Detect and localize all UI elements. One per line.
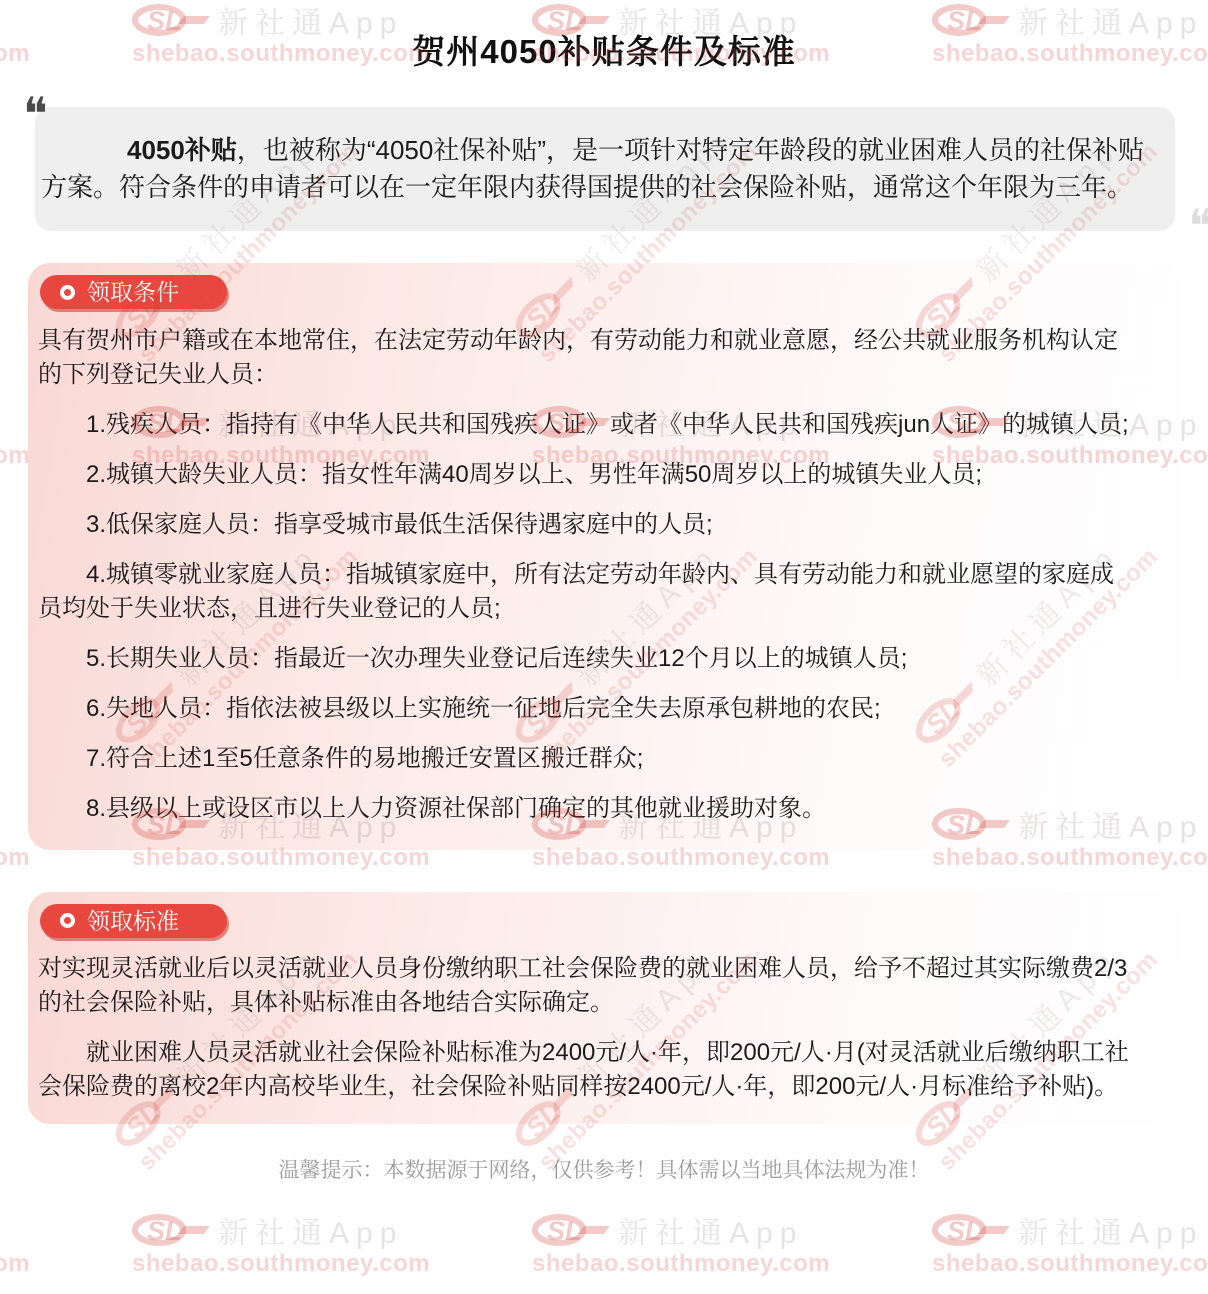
watermark-name: 新社通App <box>218 1208 403 1252</box>
condition-item: 8.县级以上或设区市以上人力资源社保部门确定的其他就业援助对象。 <box>38 792 1130 826</box>
quote-close-icon: ❝ <box>1188 203 1208 249</box>
conditions-badge-label: 领取条件 <box>87 275 179 309</box>
condition-item: 2.城镇大龄失业人员：指女性年满40周岁以上、男性年满50周岁以上的城镇失业人员… <box>38 458 1130 492</box>
standards-paragraph: 对实现灵活就业后以灵活就业人员身份缴纳职工社会保险费的就业困难人员，给予不超过其… <box>38 952 1130 1020</box>
intro-quote-lead: 4050补贴 <box>127 135 237 165</box>
quote-open-icon: ❝ <box>23 91 48 137</box>
shebao-logo-icon: SL <box>132 1213 210 1247</box>
article-page: 贺州4050补贴条件及标准 ❝ 4050补贴，也被称为“4050社保补贴”，是一… <box>0 26 1208 1184</box>
watermark-logo-text: SL <box>547 1216 582 1246</box>
condition-item: 6.失地人员：指依法被县级以上实施统一征地后完全失去原承包耕地的农民; <box>38 692 1130 726</box>
watermark: SL 新社通App shebao.southmoney.com <box>0 1212 24 1278</box>
shebao-logo-icon: SL <box>932 1213 1010 1247</box>
conditions-intro: 具有贺州市户籍或在本地常住，在法定劳动年龄内，有劳动能力和就业意愿，经公共就业服… <box>38 324 1130 392</box>
condition-item: 1.残疾人员：指持有《中华人民共和国残疾人证》或者《中华人民共和国残疾jun人证… <box>38 408 1130 442</box>
watermark: SL 新社通App shebao.southmoney.com <box>132 1212 424 1278</box>
section-standards: 领取标准 对实现灵活就业后以灵活就业人员身份缴纳职工社会保险费的就业困难人员，给… <box>28 892 1180 1125</box>
watermark-domain: shebao.southmoney.com <box>132 1250 424 1278</box>
page-title: 贺州4050补贴条件及标准 <box>0 26 1208 73</box>
condition-item: 5.长期失业人员：指最近一次办理失业登记后连续失业12个月以上的城镇人员; <box>38 642 1130 676</box>
watermark-name: 新社通App <box>0 1208 3 1252</box>
standards-badge-label: 领取标准 <box>87 904 179 938</box>
shebao-logo-icon: SL <box>532 1213 610 1247</box>
watermark-name: 新社通App <box>1018 1208 1203 1252</box>
watermark-logo-text: SL <box>147 1216 182 1246</box>
footer-note: 温馨提示：本数据源于网络，仅供参考！具体需以当地具体法规为准！ <box>0 1154 1208 1184</box>
conditions-badge: 领取条件 <box>40 275 227 309</box>
circle-icon <box>60 285 75 300</box>
condition-item: 3.低保家庭人员：指享受城市最低生活保待遇家庭中的人员; <box>38 508 1130 542</box>
circle-icon <box>60 913 75 928</box>
condition-item: 7.符合上述1至5任意条件的易地搬迁安置区搬迁群众; <box>38 742 1130 776</box>
watermark-logo-text: SL <box>947 1216 982 1246</box>
watermark: SL 新社通App shebao.southmoney.com <box>532 1212 824 1278</box>
watermark-domain: shebao.southmoney.com <box>532 1250 824 1278</box>
standards-badge: 领取标准 <box>40 904 227 938</box>
section-conditions: 领取条件 具有贺州市户籍或在本地常住，在法定劳动年龄内，有劳动能力和就业意愿，经… <box>28 263 1180 850</box>
watermark-domain: shebao.southmoney.com <box>932 1250 1208 1278</box>
standards-paragraph: 就业困难人员灵活就业社会保险补贴标准为2400元/人·年，即200元/人·月(对… <box>38 1036 1130 1104</box>
condition-item: 4.城镇零就业家庭人员：指城镇家庭中，所有法定劳动年龄内、具有劳动能力和就业愿望… <box>38 558 1130 626</box>
watermark-name: 新社通App <box>618 1208 803 1252</box>
intro-quote-text: 4050补贴，也被称为“4050社保补贴”，是一项针对特定年龄段的就业困难人员的… <box>41 132 1165 206</box>
watermark-domain: shebao.southmoney.com <box>0 1250 24 1278</box>
intro-quote: ❝ 4050补贴，也被称为“4050社保补贴”，是一项针对特定年龄段的就业困难人… <box>35 107 1175 231</box>
watermark: SL 新社通App shebao.southmoney.com <box>932 1212 1208 1278</box>
